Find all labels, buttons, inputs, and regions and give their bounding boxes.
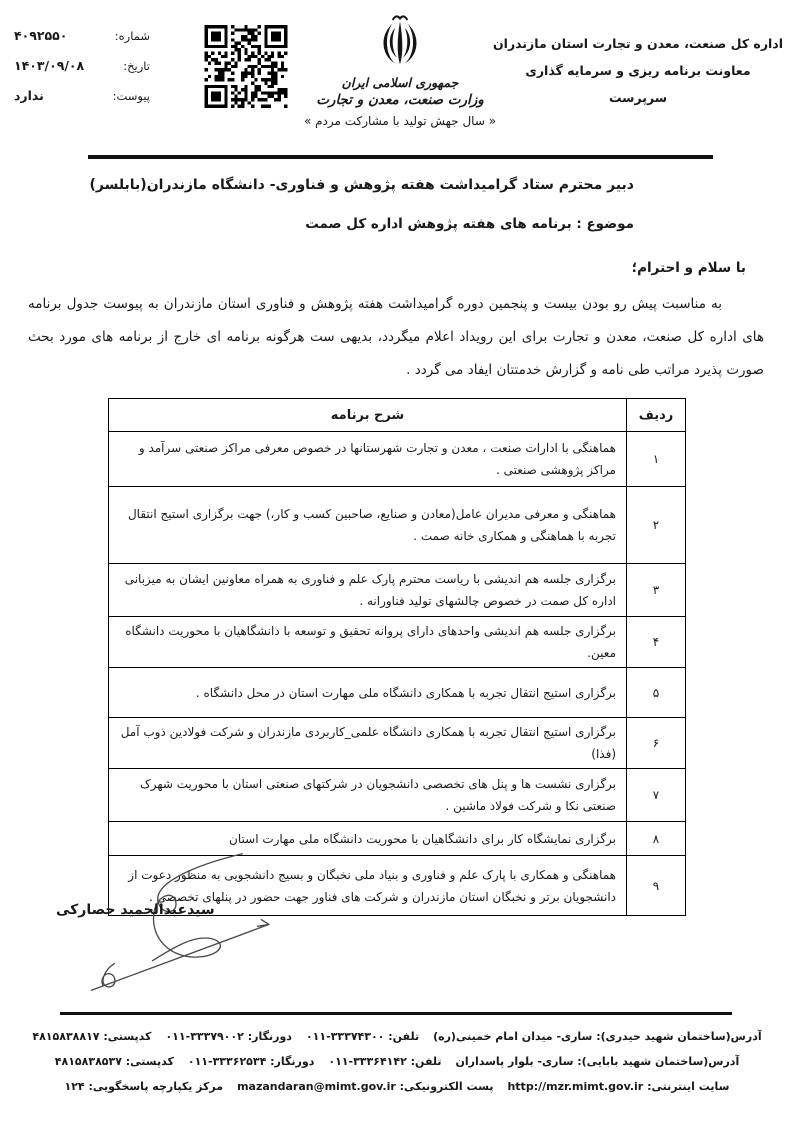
footer-line-1: آدرس(ساختمان شهید بابایی): ساری- بلوار پ… — [0, 1049, 794, 1074]
row-description-cell: هماهنگی با ادارات صنعت ، معدن و تجارت شه… — [109, 432, 627, 487]
org-line-0: اداره کل صنعت، معدن و تجارت استان مازندر… — [488, 30, 788, 57]
footer-segment: آدرس(ساختمان شهید بابایی): ساری- بلوار پ… — [455, 1049, 739, 1074]
table-row: ۶برگزاری استیج انتقال تجربه با همکاری دا… — [109, 718, 686, 769]
letter-page: شماره:۴۰۹۲۵۵۰تاریخ:۱۴۰۳/۰۹/۰۸پیوست:ندارد… — [0, 0, 794, 1123]
footer: آدرس(ساختمان شهید حیدری): ساری- میدان ام… — [0, 1024, 794, 1099]
footer-segment: سایت اینترنتی: http://mzr.mimt.gov.ir — [507, 1074, 729, 1099]
row-description-cell: برگزاری استیج انتقال تجربه با همکاری دان… — [109, 668, 627, 718]
meta-value: ندارد — [14, 88, 44, 103]
meta-label: تاریخ: — [123, 59, 150, 73]
row-number-cell: ۱ — [627, 432, 686, 487]
footer-line-0: آدرس(ساختمان شهید حیدری): ساری- میدان ام… — [0, 1024, 794, 1049]
footer-segment: پست الکترونیکی: mazandaran@mimt.gov.ir — [237, 1074, 493, 1099]
row-number-cell: ۶ — [627, 718, 686, 769]
row-number-cell: ۷ — [627, 769, 686, 822]
meta-row-1: تاریخ:۱۴۰۳/۰۹/۰۸ — [14, 58, 150, 88]
org-line-2: سرپرست — [488, 84, 788, 111]
program-table: ردیف شرح برنامه ۱هماهنگی با ادارات صنعت … — [108, 398, 686, 916]
org-line-1: معاونت برنامه ریزی و سرمایه گذاری — [488, 57, 788, 84]
table-row: ۲هماهنگی و معرفی مدیران عامل(معادن و صنا… — [109, 487, 686, 564]
row-number-cell: ۴ — [627, 617, 686, 668]
table-row: ۵برگزاری استیج انتقال تجربه با همکاری دا… — [109, 668, 686, 718]
recipient-line: دبیر محترم ستاد گرامیداشت هفته پژوهش و ف… — [89, 177, 634, 193]
row-description-cell: برگزاری جلسه هم اندیشی واحدهای دارای پرو… — [109, 617, 627, 668]
table-header-row: ردیف شرح برنامه — [109, 399, 686, 432]
row-number-cell: ۳ — [627, 564, 686, 617]
footer-segment: تلفن: ۳۳۳۷۴۳۰۰-۰۱۱ — [306, 1024, 419, 1049]
meta-block: شماره:۴۰۹۲۵۵۰تاریخ:۱۴۰۳/۰۹/۰۸پیوست:ندارد — [14, 28, 150, 118]
footer-segment: مرکز یکپارچه پاسخگویی: ۱۲۴ — [65, 1074, 224, 1099]
header-divider — [88, 155, 713, 159]
row-description-cell: برگزاری استیج انتقال تجربه با همکاری دان… — [109, 718, 627, 769]
table-row: ۳برگزاری جلسه هم اندیشی با ریاست محترم پ… — [109, 564, 686, 617]
row-number-cell: ۵ — [627, 668, 686, 718]
org-block: اداره کل صنعت، معدن و تجارت استان مازندر… — [488, 30, 788, 111]
letterhead-center: جمهوری اسلامی ایران وزارت صنعت، معدن و ت… — [277, 12, 523, 130]
header-row-number: ردیف — [627, 399, 686, 432]
salutation: با سلام و احترام؛ — [632, 260, 746, 276]
meta-label: پیوست: — [113, 89, 150, 103]
signatory-name: سیدعبدالحمید حصارکی — [56, 902, 215, 918]
signature-scribble-icon — [80, 850, 290, 995]
footer-line-2: سایت اینترنتی: http://mzr.mimt.gov.irپست… — [0, 1074, 794, 1099]
meta-label: شماره: — [115, 29, 150, 43]
header-program-description: شرح برنامه — [109, 399, 627, 432]
body-paragraph: به مناسبت پیش رو بودن بیست و پنجمین دوره… — [28, 288, 764, 387]
table-row: ۱هماهنگی با ادارات صنعت ، معدن و تجارت ش… — [109, 432, 686, 487]
footer-segment: دورنگار: ۳۳۳۶۲۵۳۴-۰۱۱ — [188, 1049, 315, 1074]
program-table-body: ۱هماهنگی با ادارات صنعت ، معدن و تجارت ش… — [109, 432, 686, 916]
meta-value: ۴۰۹۲۵۵۰ — [14, 28, 67, 43]
emblem-caption-ministry: وزارت صنعت، معدن و تجارت — [277, 91, 523, 110]
subject-line: موضوع : برنامه های هفته پژوهش اداره کل ص… — [305, 216, 634, 232]
footer-divider — [60, 1012, 732, 1015]
row-description-cell: هماهنگی و معرفی مدیران عامل(معادن و صنای… — [109, 487, 627, 564]
row-number-cell: ۲ — [627, 487, 686, 564]
emblem-caption-republic: جمهوری اسلامی ایران — [277, 74, 523, 91]
footer-segment: کدپستی: ۴۸۱۵۸۳۸۸۱۷ — [32, 1024, 151, 1049]
row-number-cell: ۹ — [627, 856, 686, 916]
table-row: ۷برگزاری نشست ها و پنل های تخصصی دانشجوی… — [109, 769, 686, 822]
row-description-cell: برگزاری نشست ها و پنل های تخصصی دانشجویا… — [109, 769, 627, 822]
footer-segment: دورنگار: ۳۳۳۷۹۰۰۲-۰۱۱ — [165, 1024, 292, 1049]
footer-segment: تلفن: ۳۳۳۶۴۱۴۲-۰۱۱ — [328, 1049, 441, 1074]
meta-row-2: پیوست:ندارد — [14, 88, 150, 118]
footer-segment: آدرس(ساختمان شهید حیدری): ساری- میدان ام… — [433, 1024, 762, 1049]
meta-value: ۱۴۰۳/۰۹/۰۸ — [14, 58, 84, 73]
year-slogan: « سال جهش تولید با مشارکت مردم » — [277, 112, 523, 130]
iran-national-emblem-icon — [377, 12, 423, 68]
row-number-cell: ۸ — [627, 822, 686, 856]
footer-segment: کدپستی: ۴۸۱۵۸۳۸۵۳۷ — [55, 1049, 174, 1074]
table-row: ۴برگزاری جلسه هم اندیشی واحدهای دارای پر… — [109, 617, 686, 668]
row-description-cell: برگزاری جلسه هم اندیشی با ریاست محترم پا… — [109, 564, 627, 617]
meta-row-0: شماره:۴۰۹۲۵۵۰ — [14, 28, 150, 58]
